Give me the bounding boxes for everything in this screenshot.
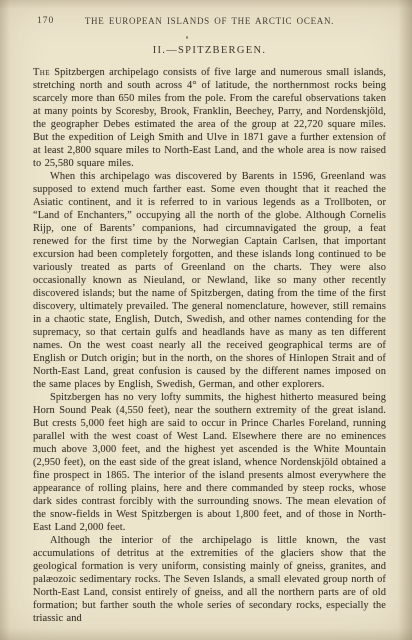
paragraph-3: Spitzbergen has no very lofty summits, t… xyxy=(33,391,386,534)
paragraph-lead-word: The xyxy=(33,67,50,78)
running-header: THE EUROPEAN ISLANDS OF THE ARCTIC OCEAN… xyxy=(33,16,386,26)
scan-speck xyxy=(186,36,188,39)
page-number: 170 xyxy=(37,16,54,26)
paragraph-1: The Spitzbergen archipelago consists of … xyxy=(33,66,386,170)
paragraph-2: When this archipelago was discovered by … xyxy=(33,170,386,391)
book-page-scan: 170 THE EUROPEAN ISLANDS OF THE ARCTIC O… xyxy=(0,0,412,640)
paragraph-4: Although the interior of the archipelago… xyxy=(33,534,386,625)
section-heading: II.—SPITZBERGEN. xyxy=(33,45,386,56)
paragraph-1-text: Spitzbergen archipelago consists of five… xyxy=(33,67,386,169)
page-body: The Spitzbergen archipelago consists of … xyxy=(33,66,386,625)
page-header: 170 THE EUROPEAN ISLANDS OF THE ARCTIC O… xyxy=(33,16,386,28)
